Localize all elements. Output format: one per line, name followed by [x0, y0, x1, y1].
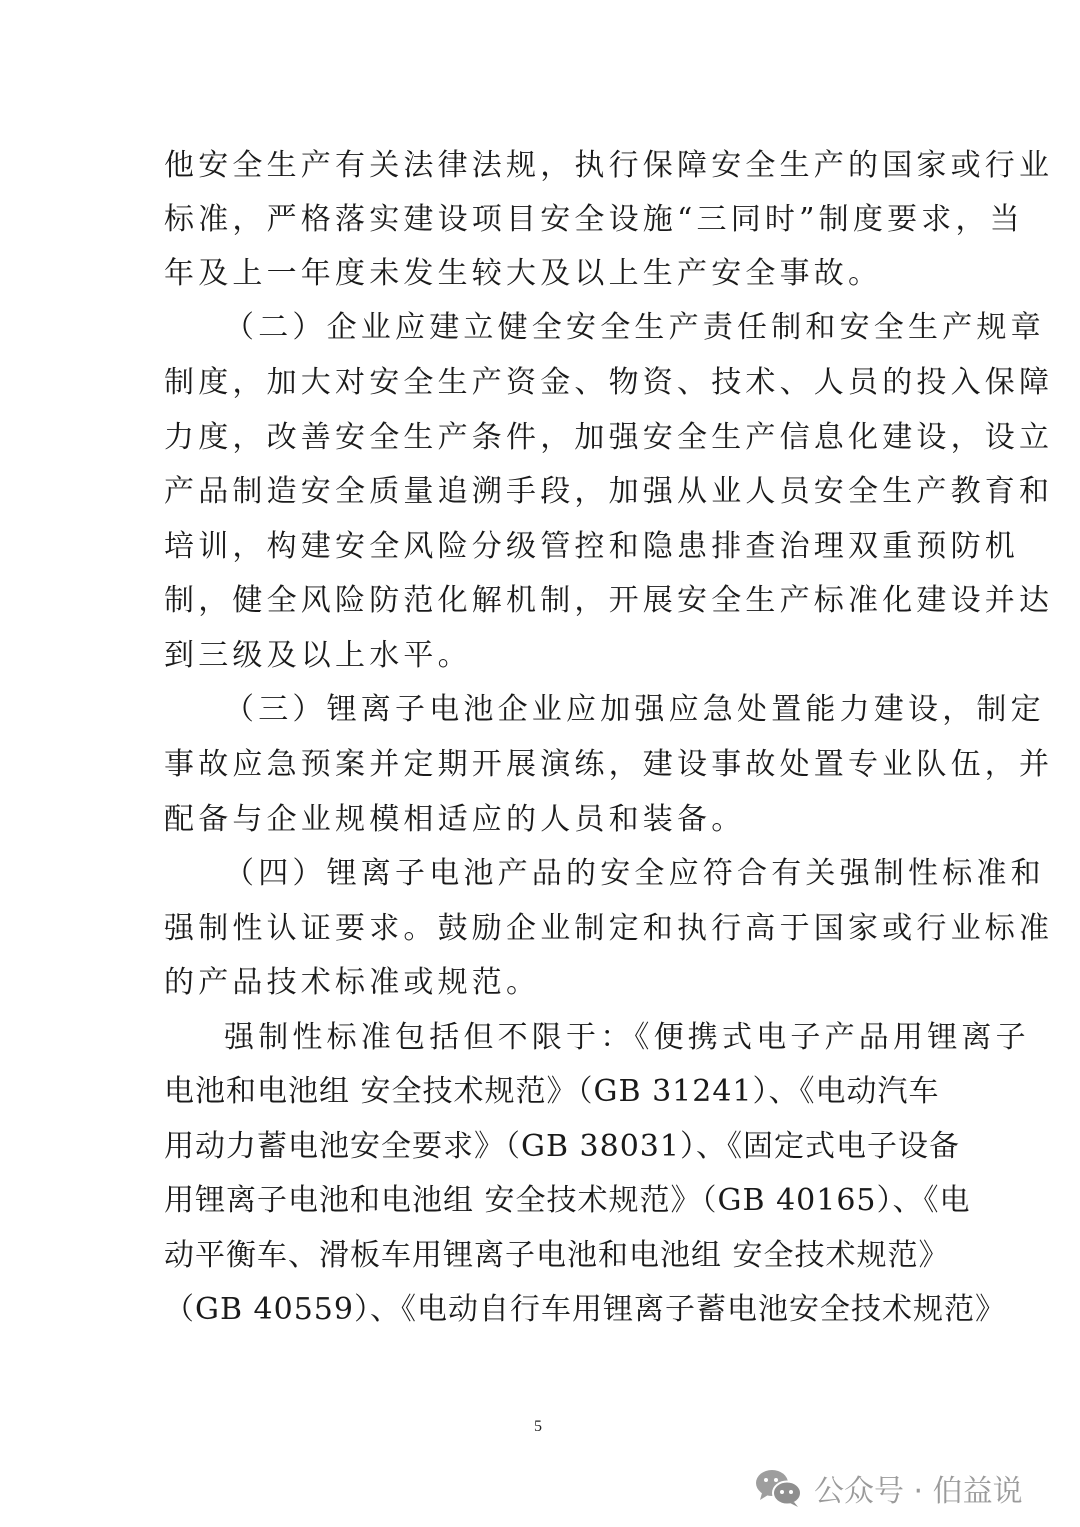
text-line: 年及上一年度未发生较大及以上生产安全事故。 [164, 254, 916, 294]
text-line: 制，健全风险防范化解机制，开展安全生产标准化建设并达 [164, 581, 916, 621]
watermark-text: 公众号 · 伯益说 [814, 1466, 1023, 1510]
text-line: 产品制造安全质量追溯手段，加强从业人员安全生产教育和 [164, 472, 916, 512]
text-line: 的产品技术标准或规范。 [164, 963, 916, 1003]
page-number: 5 [534, 1418, 542, 1436]
text-line: （四）锂离子电池产品的安全应符合有关强制性标准和 [224, 854, 916, 894]
text-line: （三）锂离子电池企业应加强应急处置能力建设，制定 [224, 690, 916, 730]
text-line: 标准，严格落实建设项目安全设施“三同时”制度要求，当 [164, 200, 916, 240]
document-page: 他安全生产有关法律法规，执行保障安全生产的国家或行业 标准，严格落实建设项目安全… [0, 0, 1080, 1527]
text-line: 到三级及以上水平。 [164, 636, 916, 676]
text-line: 强制性标准包括但不限于：《便携式电子产品用锂离子 [224, 1018, 916, 1058]
text-line: 电池和电池组 安全技术规范》（GB 31241）、《电动汽车 [164, 1072, 916, 1112]
text-line: 用锂离子电池和电池组 安全技术规范》（GB 40165）、《电 [164, 1181, 916, 1221]
text-line: 制度，加大对安全生产资金、物资、技术、人员的投入保障 [164, 363, 916, 403]
text-line: 培训，构建安全风险分级管控和隐患排查治理双重预防机 [164, 527, 916, 567]
text-line: 强制性认证要求。鼓励企业制定和执行高于国家或行业标准 [164, 909, 916, 949]
text-line: 事故应急预案并定期开展演练，建设事故处置专业队伍，并 [164, 745, 916, 785]
text-line: 配备与企业规模相适应的人员和装备。 [164, 800, 916, 840]
text-line: 他安全生产有关法律法规，执行保障安全生产的国家或行业 [164, 146, 916, 186]
text-line: 动平衡车、滑板车用锂离子电池和电池组 安全技术规范》 [164, 1236, 916, 1276]
wechat-icon [754, 1468, 804, 1508]
text-line: 力度，改善安全生产条件，加强安全生产信息化建设，设立 [164, 418, 916, 458]
watermark: 公众号 · 伯益说 [754, 1466, 1023, 1510]
text-line: （二）企业应建立健全安全生产责任制和安全生产规章 [224, 308, 916, 348]
text-line: （GB 40559）、《电动自行车用锂离子蓄电池安全技术规范》 [164, 1290, 916, 1330]
text-line: 用动力蓄电池安全要求》（GB 38031）、《固定式电子设备 [164, 1127, 916, 1167]
